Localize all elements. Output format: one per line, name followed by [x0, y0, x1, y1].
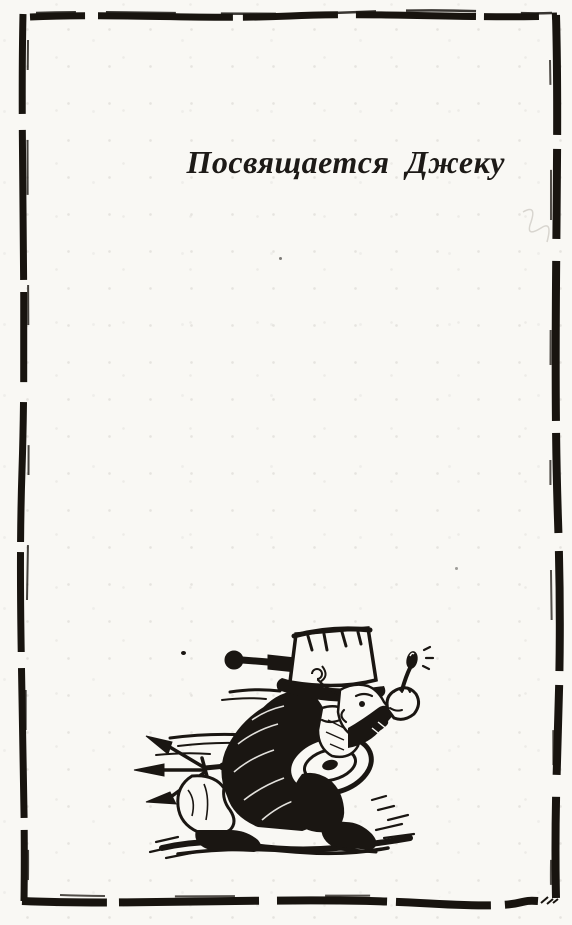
- dedication-text: Посвящается Джеку: [0, 146, 505, 178]
- ink-speck: [455, 567, 458, 570]
- book-page: Посвящается Джеку: [0, 0, 572, 925]
- goblin-with-spoon-illustration: [126, 624, 438, 864]
- ink-speck: [181, 651, 186, 655]
- ink-speck: [279, 257, 282, 260]
